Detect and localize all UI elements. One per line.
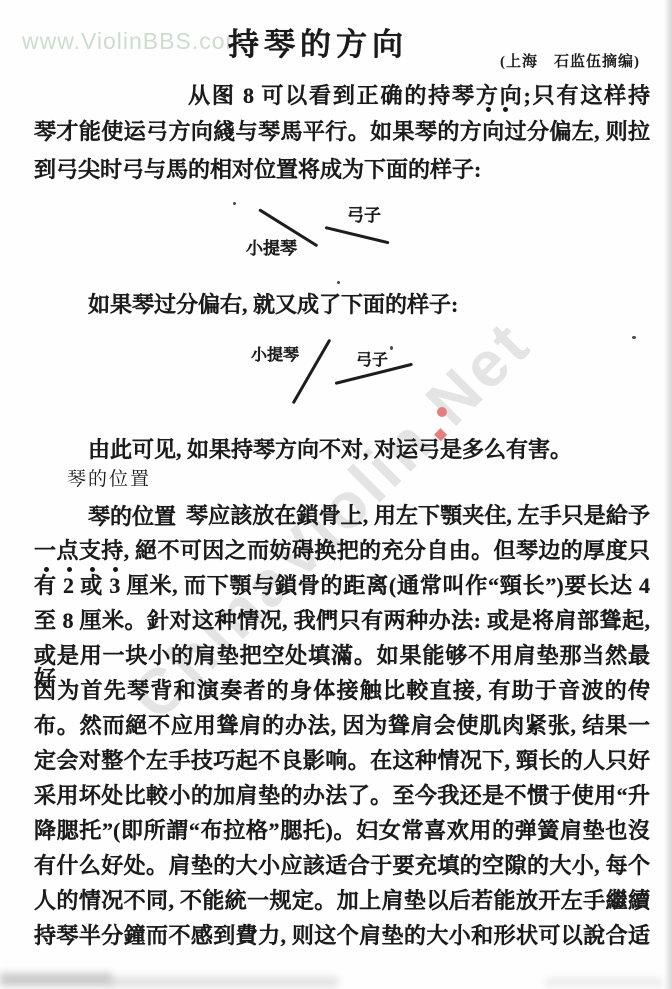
section-heading: 琴的位置: [67, 469, 151, 491]
emphasis-dot: [113, 567, 118, 572]
violin-label: 小提琴: [251, 342, 299, 365]
body-line: 有什么好处。肩垫的大小应該适合于要充填的空隙的大小, 每个: [34, 854, 650, 877]
body-line: 一点支持, 絕不可因之而妨碍换把的充分自由。但琴边的厚度只: [34, 539, 650, 562]
emphasis-dot: [90, 567, 95, 572]
paragraph-3: 由此可见, 如果持琴方向不对, 对运弓是多么有害。: [88, 437, 572, 462]
body-line: 有 2 或 3 厘米, 而下顎与鎖骨的距离(通常叫作“頸长”)要长达 4: [34, 574, 650, 597]
scan-speck: [390, 346, 393, 350]
para1-line2: 琴才能使运弓方向綫与琴馬平行。如果琴的方向过分偏左, 则拉: [34, 120, 650, 143]
paragraph-2: 如果琴过分偏右, 就又成了下面的样子:: [88, 292, 458, 317]
violin-label: 小提琴: [246, 234, 297, 259]
emphasis-dot: [67, 567, 72, 572]
scan-speck: [233, 202, 236, 205]
byline: (上海 石监伍摘编): [500, 54, 640, 71]
bottom-smudge: [0, 973, 112, 986]
emphasis-dot: [503, 107, 508, 112]
bottom-smudge: [545, 978, 663, 987]
bow-line: [325, 226, 390, 244]
body-line: 降腮托”(即所謂“布拉格”腮托)。妇女常喜欢用的弹簧肩垫也沒: [34, 819, 650, 842]
body-line: 采用坏处比較小的加肩垫的办法了。至今我还是不惯于使用“升: [34, 784, 650, 807]
red-dot-artifact: [437, 407, 447, 417]
scanned-document-page: ChinaViolin.Net www.ViolinBBS.com 持琴的方向 …: [0, 0, 672, 989]
emphasis-dot: [486, 107, 491, 112]
emphasis-dot: [44, 567, 49, 572]
para1-line1: 从图 8 可以看到正确的持琴方向;只有这样持: [188, 84, 650, 107]
body-line: 至 8 厘米。針对这种情况, 我們只有两种办法: 或是将肩部聳起,: [34, 609, 650, 632]
body-line: 定会对整个左手技巧起不良影响。在这种情况下, 頸长的人只好: [34, 749, 650, 772]
page-title: 持琴的方向: [228, 27, 408, 63]
site-watermark: www.ViolinBBS.com: [22, 28, 246, 55]
para4-first-line: 琴的位置 琴应該放在鎖骨上, 用左下顎夹住, 左手只是給予: [88, 504, 650, 529]
body-line: 布。然而絕不应用聳肩的办法, 因为聳肩会使肌肉紧张, 结果一: [34, 714, 650, 737]
para4-lead: 琴的位置: [88, 504, 176, 529]
scan-speck: [632, 336, 636, 339]
body-line: 因为首先琴背和演奏者的身体接触比較直接, 有助于音波的传: [34, 679, 650, 702]
scan-speck: [337, 281, 340, 284]
body-line: 持琴半分鐘而不感到費力, 则这个肩垫的大小和形状可以說合适: [34, 924, 650, 947]
bow-label: 弓子: [356, 347, 388, 370]
page-edge-shadow: [664, 0, 672, 989]
bow-label: 弓子: [347, 201, 381, 226]
para4-first-line-rest: 琴应該放在鎖骨上, 用左下顎夹住, 左手只是給予: [186, 504, 650, 529]
para1-line3: 到弓尖时弓与馬的相对位置将成为下面的样子:: [34, 157, 481, 182]
body-line: 人的情况不同, 不能統一规定。加上肩垫以后若能放开左手繼續: [34, 889, 650, 912]
bottom-smudge: [108, 977, 338, 987]
